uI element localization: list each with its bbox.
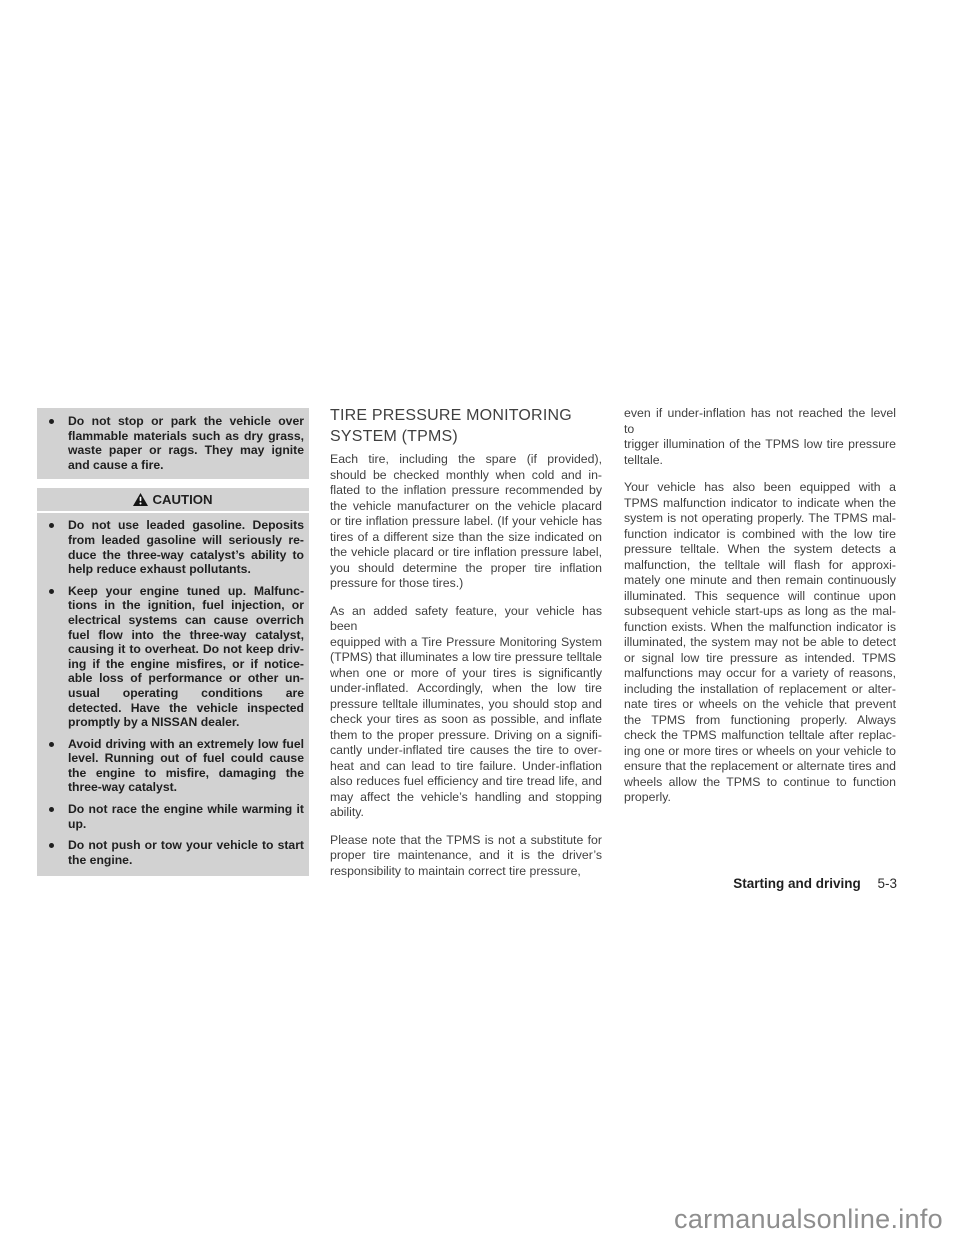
manual-page: Do not stop or park the vehicle overflam…	[0, 0, 960, 1242]
caution-bullet-item: Keep your engine tuned up. Malfunc-tions…	[37, 584, 304, 730]
caution-bullet-text: Do not race the engine while warming itu…	[68, 802, 304, 831]
section-title: TIRE PRESSURE MONITORINGSYSTEM (TPMS)	[330, 405, 602, 447]
body-paragraph: Please note that the TPMS is not a subst…	[330, 833, 602, 880]
bullet-dot-icon	[49, 742, 54, 747]
body-paragraph: Each tire, including the spare (if provi…	[330, 452, 602, 592]
continuation-column: even if under-inflation has not reached …	[624, 406, 896, 818]
body-paragraph: even if under-inflation has not reached …	[624, 406, 896, 468]
caution-header: CAUTION	[37, 488, 309, 511]
warning-bullet-item: Do not stop or park the vehicle overflam…	[37, 414, 304, 472]
watermark-text: carmanualsonline.info	[674, 1204, 943, 1235]
tpms-section-column: TIRE PRESSURE MONITORINGSYSTEM (TPMS) Ea…	[330, 405, 602, 891]
bullet-dot-icon	[49, 523, 54, 528]
warning-triangle-icon	[133, 493, 148, 506]
caution-bullet-text: Keep your engine tuned up. Malfunc-tions…	[68, 584, 304, 730]
caution-bullet-item: Do not race the engine while warming itu…	[37, 802, 304, 831]
bullet-dot-icon	[49, 843, 54, 848]
caution-box: Do not use leaded gasoline. Depositsfrom…	[37, 513, 309, 876]
body-paragraph: As an added safety feature, your vehicle…	[330, 604, 602, 821]
bullet-dot-icon	[49, 589, 54, 594]
warning-column: Do not stop or park the vehicle overflam…	[37, 408, 309, 876]
caution-bullet-item: Do not use leaded gasoline. Depositsfrom…	[37, 518, 304, 576]
bullet-dot-icon	[49, 419, 54, 424]
warning-box: Do not stop or park the vehicle overflam…	[37, 408, 309, 479]
warning-bullet-text: Do not stop or park the vehicle overflam…	[68, 414, 304, 472]
body-paragraph: Your vehicle has also been equipped with…	[624, 480, 896, 806]
page-footer: Starting and driving 5-3	[733, 876, 897, 891]
caution-bullet-item: Do not push or tow your vehicle to start…	[37, 838, 304, 867]
caution-bullet-text: Avoid driving with an extremely low fuel…	[68, 737, 304, 795]
caution-bullet-item: Avoid driving with an extremely low fuel…	[37, 737, 304, 795]
caution-bullet-text: Do not use leaded gasoline. Depositsfrom…	[68, 518, 304, 576]
footer-section-title: Starting and driving	[733, 876, 861, 891]
bullet-dot-icon	[49, 807, 54, 812]
footer-page-number: 5-3	[877, 876, 897, 891]
caution-label: CAUTION	[152, 492, 212, 507]
caution-bullet-text: Do not push or tow your vehicle to start…	[68, 838, 304, 867]
